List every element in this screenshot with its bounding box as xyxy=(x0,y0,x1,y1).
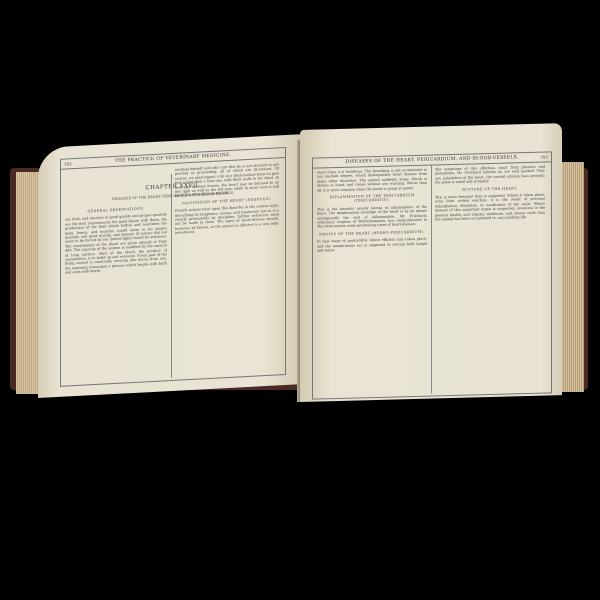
body-text: Air, food, and exercise in good quality … xyxy=(65,213,167,276)
left-page-frame: 392 THE PRACTICE OF VETERINARY MEDICINE.… xyxy=(60,147,286,387)
body-text: French writers treat upon this disorder … xyxy=(175,204,279,236)
left-column-1: GENERAL OBSERVATIONS. Air, food, and exe… xyxy=(65,202,167,382)
column-divider xyxy=(171,174,172,378)
section-heading: INFLAMMATION OF THE PERICARDIUM (PERICAR… xyxy=(317,193,427,205)
column-divider xyxy=(431,166,432,394)
section-heading: DROPSY OF THE HEART (HYDRO-PERICARDIUM). xyxy=(317,230,427,237)
body-text: In that stage of pericarditis where effu… xyxy=(317,237,427,253)
right-page: DISEASES OF THE HEART, PERICARDIUM, AND … xyxy=(300,123,562,402)
body-text: The symptoms of this affection, apart fr… xyxy=(435,165,545,186)
right-page-number: 393 xyxy=(540,155,548,160)
page-edges-right xyxy=(560,162,584,392)
right-column-2: The symptoms of this affection, apart fr… xyxy=(435,165,545,348)
body-text: This is the disorder usually known as in… xyxy=(317,205,427,230)
body-text: more often it is fastidious. The breathi… xyxy=(317,168,427,193)
body-text: exciting himself and take care that he i… xyxy=(175,162,279,198)
section-heading: RUPTURE OF THE HEART. xyxy=(435,185,545,192)
left-column-2: exciting himself and take care that he i… xyxy=(175,162,279,377)
body-text: This is more frequent than is supposed. … xyxy=(435,193,545,222)
left-page: 392 THE PRACTICE OF VETERINARY MEDICINE.… xyxy=(38,134,302,398)
right-page-frame: DISEASES OF THE HEART, PERICARDIUM, AND … xyxy=(312,151,552,399)
right-column-1: more often it is fastidious. The breathi… xyxy=(317,168,427,393)
